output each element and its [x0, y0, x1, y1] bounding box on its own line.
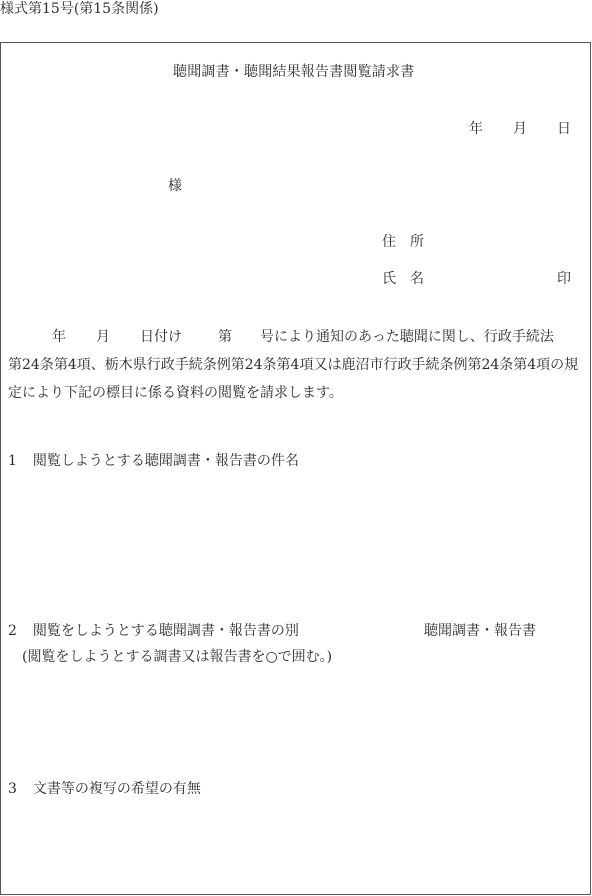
item-2-note: (閲覧をしようとする調書又は報告書を○で囲む。)	[22, 648, 332, 666]
item-label: 閲覧をしようとする聴聞調書・報告書の別	[33, 623, 299, 639]
body-line-1: 年月日付け第号により通知のあった聴聞に関し、行政手続法	[8, 328, 554, 346]
date-day-label: 日	[557, 120, 571, 138]
body-line-3: 定により下記の標目に係る資料の閲覧を請求します。	[8, 384, 343, 402]
body-line-2: 第24条第4項、栃木県行政手続条例第24条第4項又は鹿沼市行政手続条例第24条第…	[8, 356, 578, 374]
addressee-honorific: 様	[168, 177, 182, 195]
item-label: 文書等の複写の希望の有無	[33, 781, 201, 797]
seal-label: 印	[557, 270, 571, 288]
notice-number-prefix: 第	[218, 329, 232, 345]
item-3: 3文書等の複写の希望の有無	[8, 780, 201, 798]
date-year-label: 年	[469, 120, 483, 138]
name-label: 氏 名	[382, 270, 424, 288]
form-title: 聴聞調書・聴聞結果報告書閲覧請求書	[173, 63, 414, 81]
form-number: 様式第15号(第15条関係)	[0, 0, 159, 18]
item-number: 3	[8, 781, 17, 797]
item-number: 1	[8, 453, 17, 469]
notice-year-label: 年	[52, 329, 66, 345]
address-label: 住 所	[382, 233, 424, 251]
item-2-options: 聴聞調書・報告書	[424, 622, 536, 640]
item-number: 2	[8, 623, 17, 639]
item-label: 閲覧しようとする聴聞調書・報告書の件名	[33, 453, 299, 469]
item-2: 2閲覧をしようとする聴聞調書・報告書の別	[8, 622, 299, 640]
item-1: 1閲覧しようとする聴聞調書・報告書の件名	[8, 452, 299, 470]
notice-dated-label: 日付け	[140, 329, 182, 345]
notice-month-label: 月	[96, 329, 110, 345]
date-month-label: 月	[513, 120, 527, 138]
body-line-1-rest: 号により通知のあった聴聞に関し、行政手続法	[260, 329, 554, 345]
